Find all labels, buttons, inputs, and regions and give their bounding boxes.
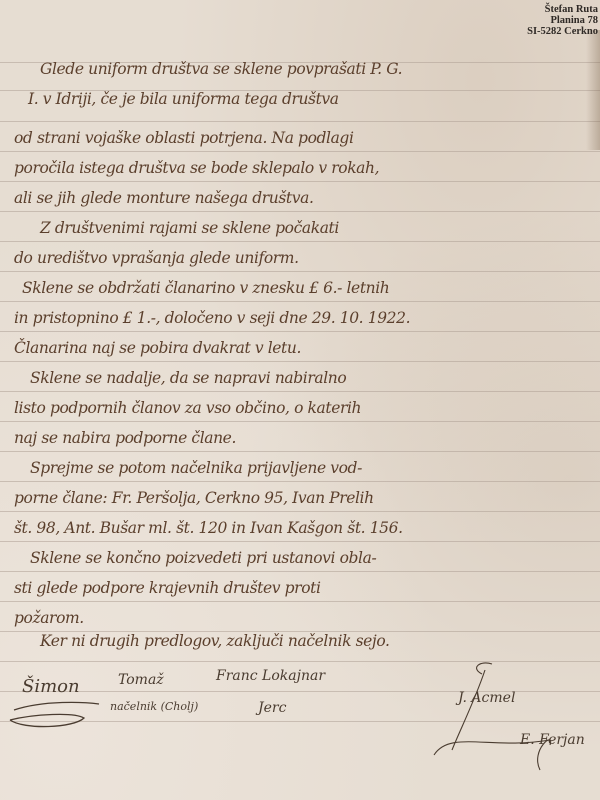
archive-stamp: Štefan Ruta Planina 78 SI-5282 Cerkno (527, 4, 598, 37)
stamp-name: Štefan Ruta (527, 4, 598, 15)
signature-3: Franc Lokajnar (216, 668, 325, 684)
signature-flourish (430, 660, 600, 770)
ruled-line (0, 241, 600, 242)
ruled-line (0, 391, 600, 392)
stamp-street: Planina 78 (527, 15, 598, 26)
ruled-line (0, 481, 600, 482)
handwritten-line: naj se nabira podporne člane. (14, 429, 236, 447)
handwritten-line: listo podpornih članov za vso občino, o … (14, 399, 361, 417)
ruled-line (0, 121, 600, 122)
handwritten-line: od strani vojaške oblasti potrjena. Na p… (14, 129, 354, 147)
signature-4: Jerc (258, 700, 286, 716)
ruled-line (0, 601, 600, 602)
ruled-line (0, 511, 600, 512)
ruled-line (0, 421, 600, 422)
ruled-line (0, 301, 600, 302)
signature-flourish (4, 690, 104, 730)
ruled-line (0, 271, 600, 272)
ruled-line (0, 361, 600, 362)
handwritten-line: Glede uniform društva se sklene povpraša… (40, 60, 402, 78)
handwritten-line: Ker ni drugih predlogov, zaključi načeln… (40, 632, 390, 650)
stamp-postal: SI-5282 Cerkno (527, 26, 598, 37)
handwritten-line: Sprejme se potom načelnika prijavljene v… (30, 459, 362, 477)
ruled-line (0, 181, 600, 182)
handwritten-line: Sklene se nadalje, da se napravi nabiral… (30, 369, 346, 387)
signature-2: Tomaž (118, 672, 164, 688)
handwritten-line: do uredištvo vprašanja glede uniform. (14, 249, 299, 267)
handwritten-line: Z društvenimi rajami se sklene počakati (40, 219, 339, 237)
signature-2-role: načelnik (Cholj) (110, 700, 198, 713)
handwritten-line: sti glede podpore krajevnih društev prot… (14, 579, 321, 597)
handwritten-line: Sklene se obdržati članarino v znesku £ … (22, 279, 389, 297)
ruled-line (0, 571, 600, 572)
handwritten-line: požarom. (14, 609, 84, 627)
ruled-line (0, 541, 600, 542)
ruled-line (0, 331, 600, 332)
handwritten-line: št. 98, Ant. Bušar ml. št. 120 in Ivan K… (14, 519, 403, 537)
ruled-line (0, 211, 600, 212)
document-page: Štefan Ruta Planina 78 SI-5282 Cerkno Gl… (0, 0, 600, 800)
handwritten-line: ali se jih glede monture našega društva. (14, 189, 313, 207)
handwritten-line: in pristopnino £ 1.-, določeno v seji dn… (14, 309, 410, 327)
handwritten-line: porne člane: Fr. Peršolja, Cerkno 95, Iv… (14, 489, 374, 507)
page-edge-shadow (586, 30, 600, 150)
handwritten-line: I. v Idriji, če je bila uniforma tega dr… (28, 90, 339, 108)
handwritten-line: poročila istega društva se bode sklepalo… (14, 159, 379, 177)
ruled-line (0, 451, 600, 452)
ruled-line (0, 151, 600, 152)
signature-6: E. Ferjan (520, 732, 585, 748)
handwritten-line: Članarina naj se pobira dvakrat v letu. (14, 339, 301, 357)
handwritten-line: Sklene se končno poizvedeti pri ustanovi… (30, 549, 376, 567)
